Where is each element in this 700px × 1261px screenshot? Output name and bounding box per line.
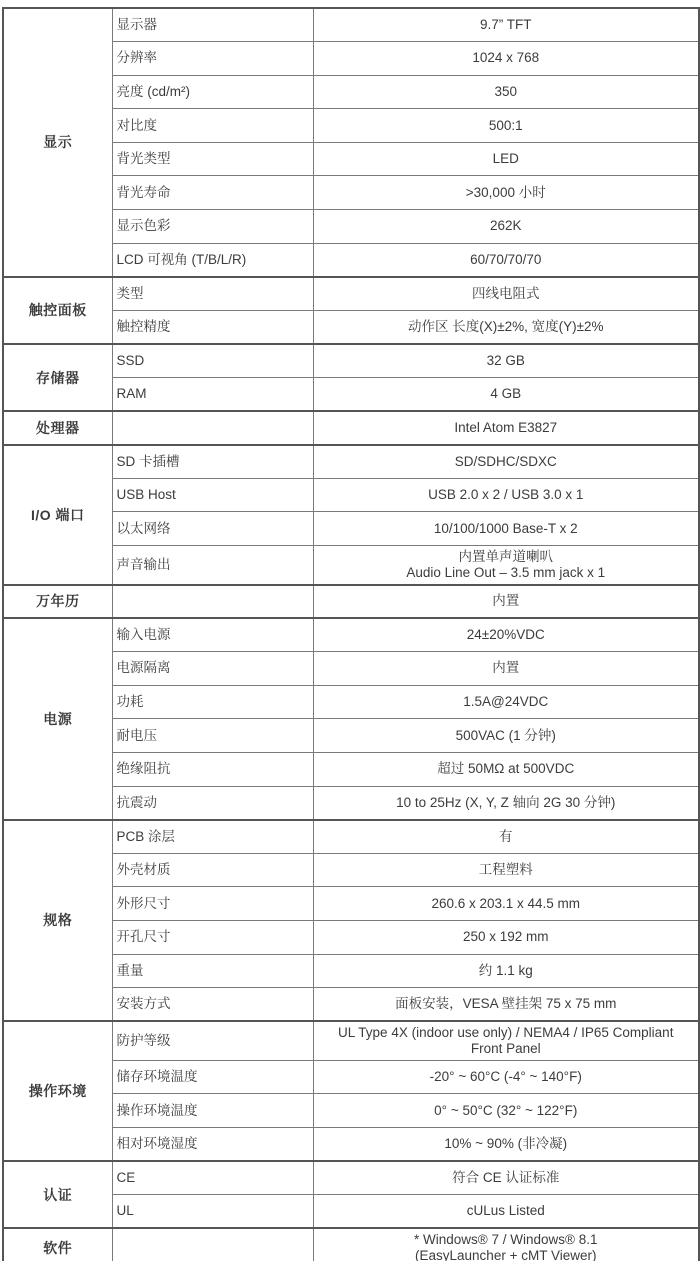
spec-label: 类型 xyxy=(112,277,313,311)
category-cell: I/O 端口 xyxy=(3,445,112,585)
spec-value: Intel Atom E3827 xyxy=(313,411,699,445)
spec-value: 约 1.1 kg xyxy=(313,954,699,988)
spec-label: 相对环境湿度 xyxy=(112,1127,313,1161)
spec-label: 重量 xyxy=(112,954,313,988)
table-row: 电源输入电源24±20%VDC xyxy=(3,618,699,652)
spec-value: 4 GB xyxy=(313,378,699,412)
spec-label: 以太网络 xyxy=(112,512,313,546)
spec-label: 显示色彩 xyxy=(112,210,313,244)
spec-value: UL Type 4X (indoor use only) / NEMA4 / I… xyxy=(313,1021,699,1060)
spec-label xyxy=(112,411,313,445)
spec-value: >30,000 小时 xyxy=(313,176,699,210)
spec-value: 9.7” TFT xyxy=(313,8,699,42)
spec-label: 声音输出 xyxy=(112,546,313,585)
spec-label: 触控精度 xyxy=(112,310,313,344)
spec-value: 工程塑料 xyxy=(313,853,699,887)
spec-value: 1.5A@24VDC xyxy=(313,685,699,719)
table-row: I/O 端口SD 卡插槽SD/SDHC/SDXC xyxy=(3,445,699,479)
spec-sheet: 显示显示器9.7” TFT分辨率1024 x 768亮度 (cd/m²)350对… xyxy=(0,0,700,1261)
spec-value: 内置单声道喇叭 Audio Line Out – 3.5 mm jack x 1 xyxy=(313,546,699,585)
category-cell: 存储器 xyxy=(3,344,112,411)
spec-value: 262K xyxy=(313,210,699,244)
spec-label: 抗震动 xyxy=(112,786,313,820)
spec-label: CE xyxy=(112,1161,313,1195)
spec-value: 60/70/70/70 xyxy=(313,243,699,277)
spec-value: 250 x 192 mm xyxy=(313,920,699,954)
spec-value: 260.6 x 203.1 x 44.5 mm xyxy=(313,887,699,921)
spec-value: 超过 50MΩ at 500VDC xyxy=(313,752,699,786)
spec-value: 500:1 xyxy=(313,109,699,143)
spec-value: 有 xyxy=(313,820,699,854)
spec-label: USB Host xyxy=(112,478,313,512)
spec-value: * Windows® 7 / Windows® 8.1 (EasyLaunche… xyxy=(313,1228,699,1261)
table-row: 显示显示器9.7” TFT xyxy=(3,8,699,42)
spec-label: SSD xyxy=(112,344,313,378)
spec-value: 0° ~ 50°C (32° ~ 122°F) xyxy=(313,1094,699,1128)
spec-label: 外壳材质 xyxy=(112,853,313,887)
spec-label: 外形尺寸 xyxy=(112,887,313,921)
spec-label: PCB 涂层 xyxy=(112,820,313,854)
spec-value: 350 xyxy=(313,75,699,109)
table-row: 存储器SSD32 GB xyxy=(3,344,699,378)
spec-label: LCD 可视角 (T/B/L/R) xyxy=(112,243,313,277)
spec-value: 10 to 25Hz (X, Y, Z 轴向 2G 30 分钟) xyxy=(313,786,699,820)
spec-value: cULus Listed xyxy=(313,1195,699,1229)
table-row: 规格PCB 涂层有 xyxy=(3,820,699,854)
spec-label: 功耗 xyxy=(112,685,313,719)
category-cell: 触控面板 xyxy=(3,277,112,344)
category-cell: 万年历 xyxy=(3,585,112,619)
spec-value: 500VAC (1 分钟) xyxy=(313,719,699,753)
spec-label xyxy=(112,1228,313,1261)
spec-label: 防护等级 xyxy=(112,1021,313,1060)
spec-label: 储存环境温度 xyxy=(112,1060,313,1094)
spec-value: 符合 CE 认证标准 xyxy=(313,1161,699,1195)
spec-value: -20° ~ 60°C (-4° ~ 140°F) xyxy=(313,1060,699,1094)
category-cell: 处理器 xyxy=(3,411,112,445)
spec-label xyxy=(112,585,313,619)
spec-label: 分辨率 xyxy=(112,42,313,76)
category-cell: 认证 xyxy=(3,1161,112,1228)
category-cell: 软件 xyxy=(3,1228,112,1261)
category-cell: 操作环境 xyxy=(3,1021,112,1161)
spec-value: 内置 xyxy=(313,585,699,619)
table-row: 认证CE符合 CE 认证标准 xyxy=(3,1161,699,1195)
table-row: 软件* Windows® 7 / Windows® 8.1 (EasyLaunc… xyxy=(3,1228,699,1261)
spec-label: RAM xyxy=(112,378,313,412)
spec-label: 亮度 (cd/m²) xyxy=(112,75,313,109)
spec-value: 内置 xyxy=(313,652,699,686)
table-row: 处理器Intel Atom E3827 xyxy=(3,411,699,445)
spec-label: 电源隔离 xyxy=(112,652,313,686)
spec-table-body: 显示显示器9.7” TFT分辨率1024 x 768亮度 (cd/m²)350对… xyxy=(3,8,699,1261)
spec-value: USB 2.0 x 2 / USB 3.0 x 1 xyxy=(313,478,699,512)
spec-value: 10/100/1000 Base-T x 2 xyxy=(313,512,699,546)
spec-label: 对比度 xyxy=(112,109,313,143)
spec-label: UL xyxy=(112,1195,313,1229)
spec-label: 显示器 xyxy=(112,8,313,42)
spec-table: 显示显示器9.7” TFT分辨率1024 x 768亮度 (cd/m²)350对… xyxy=(2,7,700,1261)
spec-value: LED xyxy=(313,142,699,176)
spec-value: 10% ~ 90% (非冷凝) xyxy=(313,1127,699,1161)
table-row: 万年历内置 xyxy=(3,585,699,619)
spec-label: 耐电压 xyxy=(112,719,313,753)
spec-value: 1024 x 768 xyxy=(313,42,699,76)
spec-value: 四线电阻式 xyxy=(313,277,699,311)
spec-value: SD/SDHC/SDXC xyxy=(313,445,699,479)
spec-label: 绝缘阻抗 xyxy=(112,752,313,786)
spec-label: 背光寿命 xyxy=(112,176,313,210)
table-row: 操作环境防护等级UL Type 4X (indoor use only) / N… xyxy=(3,1021,699,1060)
table-row: 触控面板类型四线电阻式 xyxy=(3,277,699,311)
spec-label: 安装方式 xyxy=(112,988,313,1022)
spec-value: 面板安装，VESA 壁挂架 75 x 75 mm xyxy=(313,988,699,1022)
spec-value: 24±20%VDC xyxy=(313,618,699,652)
spec-value: 32 GB xyxy=(313,344,699,378)
category-cell: 电源 xyxy=(3,618,112,820)
spec-value: 动作区 长度(X)±2%, 宽度(Y)±2% xyxy=(313,310,699,344)
spec-label: 输入电源 xyxy=(112,618,313,652)
spec-label: SD 卡插槽 xyxy=(112,445,313,479)
category-cell: 规格 xyxy=(3,820,112,1022)
spec-label: 开孔尺寸 xyxy=(112,920,313,954)
category-cell: 显示 xyxy=(3,8,112,277)
spec-label: 操作环境温度 xyxy=(112,1094,313,1128)
spec-label: 背光类型 xyxy=(112,142,313,176)
